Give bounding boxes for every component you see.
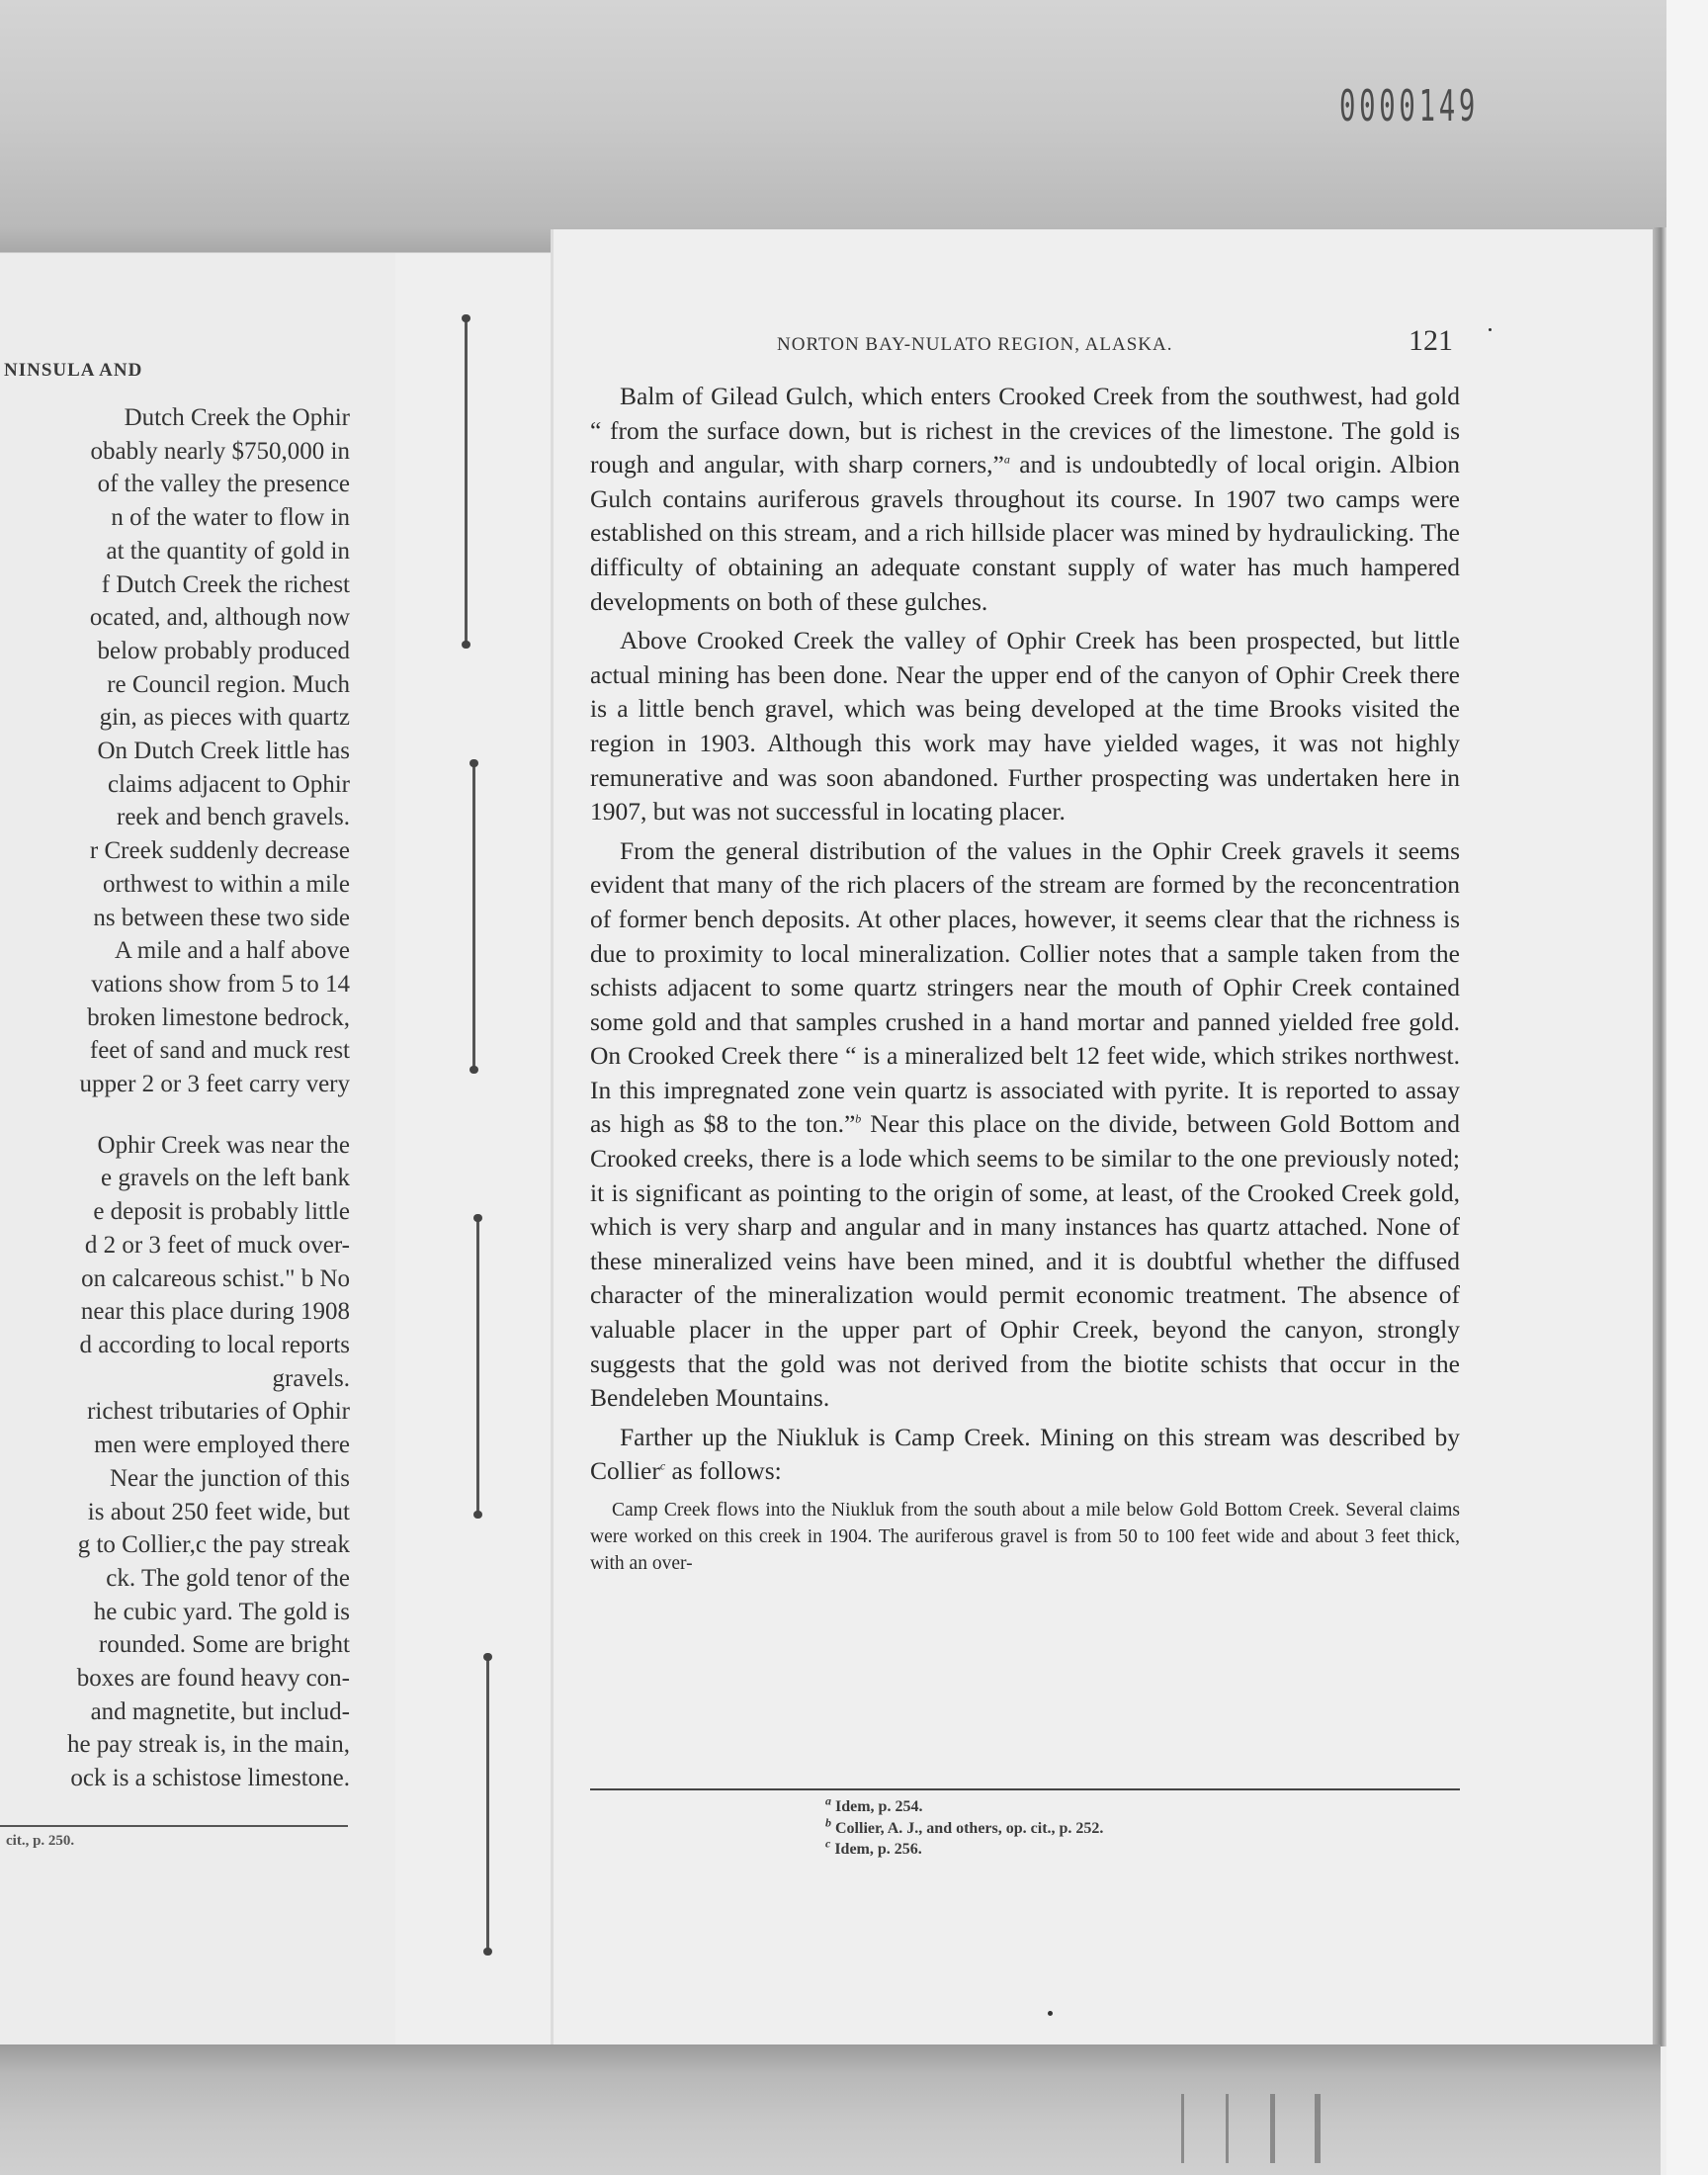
paragraph: Balm of Gilead Gulch, which enters Crook… bbox=[590, 380, 1460, 619]
text-line: re Council region. Much bbox=[0, 668, 350, 702]
document-stamp-number: 0000149 bbox=[1339, 81, 1479, 131]
scanner-margin bbox=[1666, 0, 1708, 2175]
text-line: On Dutch Creek little has bbox=[0, 735, 350, 768]
scanner-bottom-band bbox=[0, 2044, 1661, 2175]
text-line: below probably produced bbox=[0, 635, 350, 668]
text-line: d according to local reports bbox=[0, 1329, 350, 1362]
text-line: he cubic yard. The gold is bbox=[0, 1596, 350, 1629]
text-line: claims adjacent to Ophir bbox=[0, 768, 350, 802]
text-line: A mile and a half above bbox=[0, 934, 350, 968]
paragraph: Farther up the Niukluk is Camp Creek. Mi… bbox=[590, 1421, 1460, 1489]
binding-mark bbox=[465, 318, 468, 645]
text-line: vations show from 5 to 14 bbox=[0, 968, 350, 1001]
text-line: Near the junction of this bbox=[0, 1462, 350, 1496]
page-number: 121 bbox=[1409, 324, 1453, 358]
scan-artifact bbox=[1315, 2094, 1321, 2163]
text-line: n of the water to flow in bbox=[0, 501, 350, 535]
left-page-text: Dutch Creek the Ophirobably nearly $750,… bbox=[0, 401, 350, 1795]
footnote: c Idem, p. 256. bbox=[825, 1839, 1103, 1861]
text-line: on calcareous schist." b No bbox=[0, 1262, 350, 1296]
paragraph: From the general distribution of the val… bbox=[590, 834, 1460, 1416]
footnote: a Idem, p. 254. bbox=[825, 1796, 1103, 1818]
text-line: men were employed there bbox=[0, 1429, 350, 1462]
text-line: reek and bench gravels. bbox=[0, 801, 350, 834]
left-text-block-2: Ophir Creek was near thee gravels on the… bbox=[0, 1129, 350, 1795]
text-line: obably nearly $750,000 in bbox=[0, 435, 350, 469]
binding-mark bbox=[472, 763, 475, 1070]
text-line: and magnetite, but includ- bbox=[0, 1696, 350, 1729]
text-line: e gravels on the left bank bbox=[0, 1162, 350, 1195]
text-line: Dutch Creek the Ophir bbox=[0, 401, 350, 435]
text-line: upper 2 or 3 feet carry very bbox=[0, 1068, 350, 1101]
text-line: r Creek suddenly decrease bbox=[0, 834, 350, 868]
text-line: of the valley the presence bbox=[0, 468, 350, 501]
text-line: gin, as pieces with quartz bbox=[0, 701, 350, 735]
scan-artifact bbox=[1270, 2094, 1275, 2163]
text-line: broken limestone bedrock, bbox=[0, 1001, 350, 1035]
paragraph: Above Crooked Creek the valley of Ophir … bbox=[590, 624, 1460, 829]
scan-artifact bbox=[1181, 2094, 1184, 2163]
text-line: g to Collier,c the pay streak bbox=[0, 1528, 350, 1562]
binding-mark bbox=[486, 1657, 489, 1952]
text-line: is about 250 feet wide, but bbox=[0, 1496, 350, 1529]
left-footnote: cit., p. 250. bbox=[6, 1833, 74, 1850]
left-page: NINSULA AND Dutch Creek the Ophirobably … bbox=[0, 253, 395, 2044]
text-line: d 2 or 3 feet of muck over- bbox=[0, 1229, 350, 1262]
page-edge-shadow bbox=[1653, 227, 1666, 2046]
text-line: rounded. Some are bright bbox=[0, 1628, 350, 1662]
text-line: e deposit is probably little bbox=[0, 1195, 350, 1229]
text-line: feet of sand and muck rest bbox=[0, 1034, 350, 1068]
text-line: Ophir Creek was near the bbox=[0, 1129, 350, 1163]
text-line: f Dutch Creek the richest bbox=[0, 568, 350, 602]
paragraph-gap bbox=[0, 1101, 350, 1129]
text-line: ck. The gold tenor of the bbox=[0, 1562, 350, 1596]
text-line: he pay streak is, in the main, bbox=[0, 1728, 350, 1762]
text-line: near this place during 1908 bbox=[0, 1295, 350, 1329]
text-line: ocated, and, although now bbox=[0, 601, 350, 635]
block-quote: Camp Creek flows into the Niukluk from t… bbox=[590, 1497, 1460, 1577]
binding-mark bbox=[476, 1218, 479, 1515]
footnote-rule bbox=[590, 1788, 1460, 1790]
body-text: Balm of Gilead Gulch, which enters Crook… bbox=[590, 380, 1460, 1582]
text-line: boxes are found heavy con- bbox=[0, 1662, 350, 1696]
footnotes: a Idem, p. 254. b Collier, A. J., and ot… bbox=[825, 1796, 1103, 1861]
text-line: richest tributaries of Ophir bbox=[0, 1395, 350, 1429]
footnote-rule bbox=[0, 1825, 348, 1827]
text-line: orthwest to within a mile bbox=[0, 868, 350, 902]
footnote: b Collier, A. J., and others, op. cit., … bbox=[825, 1818, 1103, 1840]
text-line: ns between these two side bbox=[0, 902, 350, 935]
scan-speck bbox=[1048, 2011, 1053, 2016]
text-line: gravels. bbox=[0, 1362, 350, 1396]
text-line: at the quantity of gold in bbox=[0, 535, 350, 568]
scan-artifact bbox=[1226, 2094, 1229, 2163]
text-line: ock is a schistose limestone. bbox=[0, 1762, 350, 1795]
right-page: NORTON BAY-NULATO REGION, ALASKA. 121 Ba… bbox=[554, 229, 1653, 2044]
running-head: NORTON BAY-NULATO REGION, ALASKA. bbox=[777, 334, 1172, 356]
left-text-block-1: Dutch Creek the Ophirobably nearly $750,… bbox=[0, 401, 350, 1101]
scan-speck bbox=[1489, 328, 1492, 331]
left-running-head: NINSULA AND bbox=[4, 360, 142, 382]
